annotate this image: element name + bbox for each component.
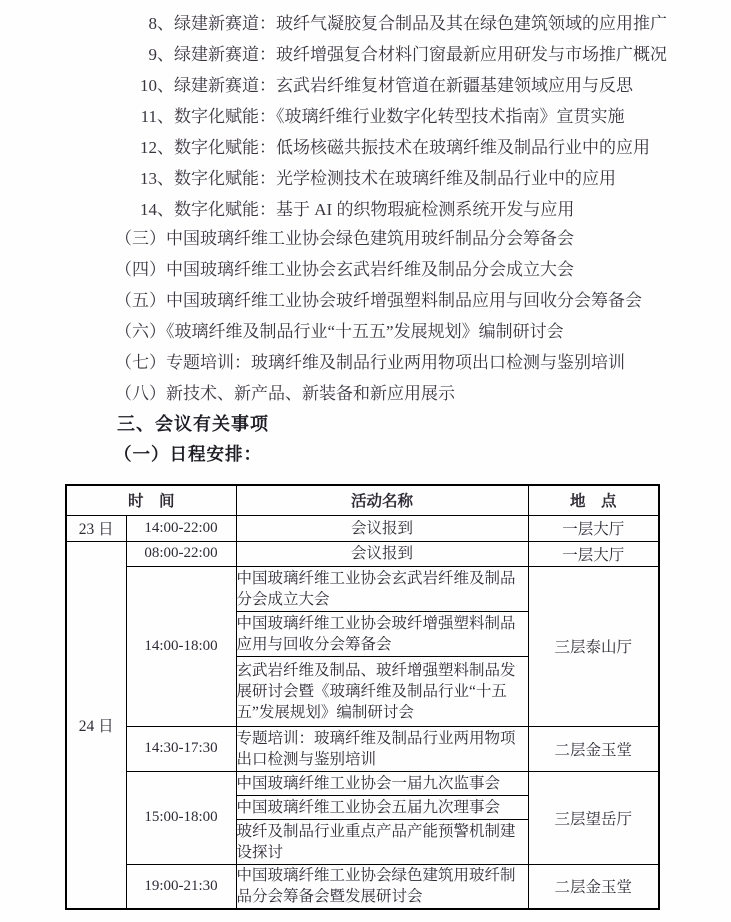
header-activity: 活动名称 bbox=[236, 485, 528, 515]
agenda-section-7: （七）专题培训：玻璃纤维及制品行业两用物项出口检测与鉴别培训 bbox=[0, 347, 731, 378]
activity-cell: 会议报到 bbox=[236, 515, 528, 541]
table-row-evening: 19:00-21:30 中国玻璃纤维工业协会绿色建筑用玻纤制品分会筹备会暨发展研… bbox=[66, 864, 659, 909]
location-cell: 二层金玉堂 bbox=[528, 726, 659, 771]
topic-text: 数字化赋能：基于 AI 的织物瑕疵检测系统开发与应用 bbox=[174, 195, 574, 220]
activity-cell: 中国玻璃纤维工业协会五届九次理事会 bbox=[236, 795, 528, 819]
agenda-topic-list: 8、绿建新赛道：玻纤气凝胶复合制品及其在绿色建筑领域的应用推广 9、绿建新赛道：… bbox=[0, 6, 731, 223]
agenda-topic-10: 10、绿建新赛道：玄武岩纤维复材管道在新疆基建领域应用与反思 bbox=[0, 68, 731, 99]
activity-cell: 会议报到 bbox=[236, 541, 528, 566]
topic-text: 绿建新赛道：玄武岩纤维复材管道在新疆基建领域应用与反思 bbox=[174, 71, 633, 96]
time-cell: 19:00-21:30 bbox=[126, 864, 236, 909]
activity-cell: 中国玻璃纤维工业协会玄武岩纤维及制品分会成立大会 bbox=[236, 566, 528, 611]
topic-number: 14、 bbox=[134, 195, 174, 220]
agenda-section-5: （五）中国玻璃纤维工业协会玻纤增强塑料制品应用与回收分会筹备会 bbox=[0, 285, 731, 316]
date-cell-23: 23 日 bbox=[66, 515, 126, 541]
schedule-table: 时 间 活动名称 地 点 23 日 14:00-22:00 会议报到 一层大厅 … bbox=[65, 484, 660, 910]
agenda-topic-8: 8、绿建新赛道：玻纤气凝胶复合制品及其在绿色建筑领域的应用推广 bbox=[0, 6, 731, 37]
section-heading: 三、会议有关事项 bbox=[0, 409, 731, 439]
topic-number: 12、 bbox=[134, 133, 174, 158]
time-cell: 14:00-22:00 bbox=[126, 515, 236, 541]
activity-cell: 专题培训：玻璃纤维及制品行业两用物项出口检测与鉴别培训 bbox=[236, 726, 528, 771]
date-cell-24: 24 日 bbox=[66, 541, 126, 909]
agenda-section-4: （四）中国玻璃纤维工业协会玄武岩纤维及制品分会成立大会 bbox=[0, 254, 731, 285]
table-row-day23-checkin: 23 日 14:00-22:00 会议报到 一层大厅 bbox=[66, 515, 659, 541]
time-cell: 08:00-22:00 bbox=[126, 541, 236, 566]
table-row-afternoon-block: 14:00-18:00 中国玻璃纤维工业协会玄武岩纤维及制品分会成立大会 三层泰… bbox=[66, 566, 659, 611]
activity-cell: 玻纤及制品行业重点产品产能预警机制建设探讨 bbox=[236, 819, 528, 864]
location-cell: 一层大厅 bbox=[528, 515, 659, 541]
location-cell: 三层望岳厅 bbox=[528, 771, 659, 864]
subsection-heading-schedule: （一）日程安排： bbox=[0, 439, 731, 469]
topic-number: 11、 bbox=[134, 102, 174, 127]
topic-text: 绿建新赛道：玻纤气凝胶复合制品及其在绿色建筑领域的应用推广 bbox=[174, 9, 667, 34]
agenda-section-6: （六）《玻璃纤维及制品行业“十五五”发展规划》编制研讨会 bbox=[0, 316, 731, 347]
time-cell: 14:30-17:30 bbox=[126, 726, 236, 771]
topic-text: 绿建新赛道：玻纤增强复合材料门窗最新应用研发与市场推广概况 bbox=[174, 40, 667, 65]
agenda-topic-14: 14、数字化赋能：基于 AI 的织物瑕疵检测系统开发与应用 bbox=[0, 192, 731, 223]
agenda-section-3: （三）中国玻璃纤维工业协会绿色建筑用玻纤制品分会筹备会 bbox=[0, 223, 731, 254]
activity-cell: 中国玻璃纤维工业协会绿色建筑用玻纤制品分会筹备会暨发展研讨会 bbox=[236, 864, 528, 909]
topic-text: 数字化赋能：《玻璃纤维行业数字化转型技术指南》宣贯实施 bbox=[174, 102, 625, 127]
location-cell: 二层金玉堂 bbox=[528, 864, 659, 909]
time-cell: 15:00-18:00 bbox=[126, 771, 236, 864]
location-cell: 一层大厅 bbox=[528, 541, 659, 566]
time-cell: 14:00-18:00 bbox=[126, 566, 236, 726]
agenda-section-8: （八）新技术、新产品、新装备和新应用展示 bbox=[0, 378, 731, 409]
location-cell: 三层泰山厅 bbox=[528, 566, 659, 726]
header-location: 地 点 bbox=[528, 485, 659, 515]
schedule-header-row: 时 间 活动名称 地 点 bbox=[66, 485, 659, 515]
topic-number: 10、 bbox=[134, 71, 174, 96]
agenda-topic-12: 12、数字化赋能：低场核磁共振技术在玻璃纤维及制品行业中的应用 bbox=[0, 130, 731, 161]
table-row-council-block: 15:00-18:00 中国玻璃纤维工业协会一届九次监事会 三层望岳厅 bbox=[66, 771, 659, 795]
activity-cell: 中国玻璃纤维工业协会一届九次监事会 bbox=[236, 771, 528, 795]
topic-number: 13、 bbox=[134, 164, 174, 189]
agenda-topic-13: 13、数字化赋能：光学检测技术在玻璃纤维及制品行业中的应用 bbox=[0, 161, 731, 192]
agenda-section-list: （三）中国玻璃纤维工业协会绿色建筑用玻纤制品分会筹备会 （四）中国玻璃纤维工业协… bbox=[0, 223, 731, 409]
activity-cell: 玄武岩纤维及制品、玻纤增强塑料制品发展研讨会暨《玻璃纤维及制品行业“十五五”发展… bbox=[236, 656, 528, 726]
header-time: 时 间 bbox=[66, 485, 236, 515]
agenda-topic-11: 11、数字化赋能：《玻璃纤维行业数字化转型技术指南》宣贯实施 bbox=[0, 99, 731, 130]
document-page: 8、绿建新赛道：玻纤气凝胶复合制品及其在绿色建筑领域的应用推广 9、绿建新赛道：… bbox=[0, 0, 731, 922]
topic-text: 数字化赋能：低场核磁共振技术在玻璃纤维及制品行业中的应用 bbox=[174, 133, 650, 158]
activity-cell: 中国玻璃纤维工业协会玻纤增强塑料制品应用与回收分会筹备会 bbox=[236, 611, 528, 656]
agenda-topic-9: 9、绿建新赛道：玻纤增强复合材料门窗最新应用研发与市场推广概况 bbox=[0, 37, 731, 68]
topic-number: 8、 bbox=[134, 9, 174, 34]
topic-number: 9、 bbox=[134, 40, 174, 65]
table-row-training: 14:30-17:30 专题培训：玻璃纤维及制品行业两用物项出口检测与鉴别培训 … bbox=[66, 726, 659, 771]
table-row-day24-checkin: 24 日 08:00-22:00 会议报到 一层大厅 bbox=[66, 541, 659, 566]
topic-text: 数字化赋能：光学检测技术在玻璃纤维及制品行业中的应用 bbox=[174, 164, 616, 189]
